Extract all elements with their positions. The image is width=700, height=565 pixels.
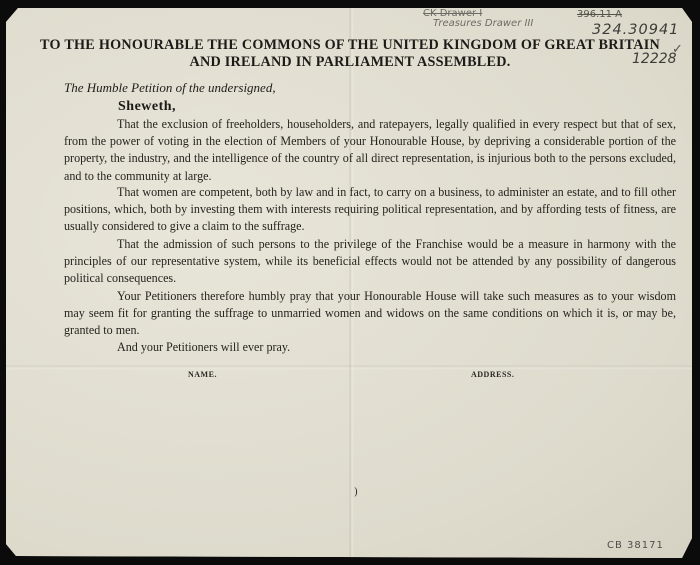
paragraph-text: That women are competent, both by law an…: [64, 184, 676, 236]
paragraph-exclusion: That the exclusion of freeholders, house…: [64, 116, 676, 185]
struck-shelfmark: 396.11 A: [577, 9, 622, 20]
paragraph-text: Your Petitioners therefore humbly pray t…: [64, 288, 676, 340]
handwritten-drawer-note: Treasures Drawer III: [433, 18, 533, 29]
name-column-label: NAME.: [188, 370, 217, 379]
paragraph-admission: That the admission of such persons to th…: [64, 236, 676, 288]
paper-tear-mark: ): [354, 487, 358, 498]
paragraph-text: That the admission of such persons to th…: [64, 236, 676, 288]
paragraph-competence: That women are competent, both by law an…: [64, 184, 676, 236]
heading-line-2: AND IRELAND IN PARLIAMENT ASSEMBLED.: [0, 54, 700, 71]
address-column-label: ADDRESS.: [471, 370, 514, 379]
classmark: 324.30941: [592, 22, 679, 38]
petition-intro: The Humble Petition of the undersigned,: [64, 80, 276, 96]
paragraph-closing: And your Petitioners will ever pray.: [64, 339, 676, 356]
paragraph-text: That the exclusion of freeholders, house…: [64, 116, 676, 185]
reference-number: CB 38171: [607, 540, 664, 551]
paragraph-text: And your Petitioners will ever pray.: [64, 339, 676, 356]
sheweth-heading: Sheweth,: [118, 99, 176, 115]
paragraph-prayer: Your Petitioners therefore humbly pray t…: [64, 288, 676, 340]
heading-line-1: TO THE HONOURABLE THE COMMONS OF THE UNI…: [0, 37, 700, 54]
